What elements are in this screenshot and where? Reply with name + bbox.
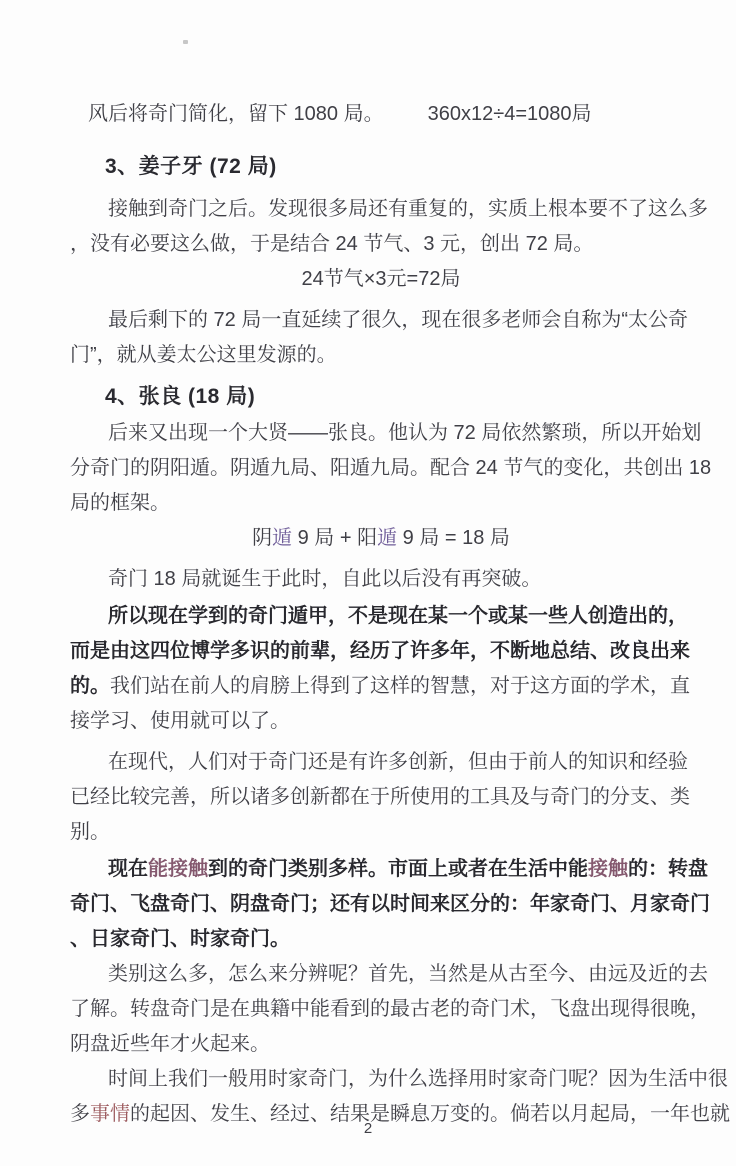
section-heading: 3、姜子牙 (72 局) <box>70 149 692 184</box>
text-line: 、日家奇门、时家奇门。 <box>70 922 692 957</box>
text-line: 类别这么多，怎么来分辨呢？首先，当然是从古至今、由远及近的去 <box>70 957 692 992</box>
paragraph: 现在能接触到的奇门类别多样。市面上或者在生活中能接触的：转盘奇门、飞盘奇门、阴盘… <box>70 852 692 957</box>
document-body: 风后将奇门简化，留下 1080 局。360x12÷4=1080局3、姜子牙 (7… <box>70 97 692 1132</box>
text-segment: 在现代，人们对于奇门还是有许多创新，但由于前人的知识和经验 <box>108 751 688 773</box>
text-line: 局的框架。 <box>70 486 692 521</box>
text-line: 所以现在学到的奇门遁甲，不是现在某一个或某一些人创造出的， <box>70 599 692 634</box>
page-number: 2 <box>0 1120 736 1137</box>
paragraph: 接触到奇门之后。发现很多局还有重复的，实质上根本要不了这么多，没有必要这么做，于… <box>70 192 692 262</box>
text-line: 后来又出现一个大贤——张良。他认为 72 局依然繁琐，所以开始划 <box>70 416 692 451</box>
text-line: 门”，就从姜太公这里发源的。 <box>70 338 692 373</box>
text-segment: 接学习、使用就可以了。 <box>70 710 290 732</box>
formula-line: 阴遁 9 局 + 阳遁 9 局 = 18 局 <box>70 521 692 556</box>
text-line: ，没有必要这么做，于是结合 24 节气、3 元，创出 72 局。 <box>70 227 692 262</box>
text-line: 在现代，人们对于奇门还是有许多创新，但由于前人的知识和经验 <box>70 745 692 780</box>
text-line: 的。我们站在前人的肩膀上得到了这样的智慧，对于这方面的学术，直 <box>70 669 692 704</box>
text-segment: 所以现在学到的奇门遁甲，不是现在某一个或某一些人创造出的， <box>108 605 688 627</box>
text-segment: 时间上我们一般用时家奇门，为什么选择用时家奇门呢？因为生活中很 <box>108 1068 728 1090</box>
text-segment: 别。 <box>70 821 110 843</box>
text-segment: 后来又出现一个大贤——张良。他认为 72 局依然繁琐，所以开始划 <box>108 422 701 444</box>
text-segment: 最后剩下的 72 局一直延续了很久，现在很多老师会自称为“太公奇 <box>108 309 688 331</box>
text-segment: 24节气×3元=72局 <box>302 268 461 290</box>
text-line: 接触到奇门之后。发现很多局还有重复的，实质上根本要不了这么多 <box>70 192 692 227</box>
text-line: 24节气×3元=72局 <box>70 262 692 297</box>
text-line: 阴盘近些年才火起来。 <box>70 1027 692 1062</box>
paragraph: 奇门 18 局就诞生于此时，自此以后没有再突破。 <box>70 562 692 597</box>
text-line: 3、姜子牙 (72 局) <box>105 149 692 184</box>
text-segment: 能接触 <box>148 858 208 880</box>
text-line: 别。 <box>70 815 692 850</box>
text-segment: 类别这么多，怎么来分辨呢？首先，当然是从古至今、由远及近的去 <box>108 963 708 985</box>
text-segment: 阴 <box>252 527 272 549</box>
text-segment: 已经比较完善，所以诸多创新都在于所使用的工具及与奇门的分支、类 <box>70 786 690 808</box>
text-segment: 3、姜子牙 (72 局) <box>105 155 277 178</box>
text-segment: ，没有必要这么做，于是结合 24 节气、3 元，创出 72 局。 <box>70 233 593 255</box>
text-segment: 分奇门的阴阳遁。阴遁九局、阳遁九局。配合 24 节气的变化，共创出 18 <box>70 457 711 479</box>
text-line: 了解。转盘奇门是在典籍中能看到的最古老的奇门术，飞盘出现得很晚， <box>70 992 692 1027</box>
text-line: 奇门、飞盘奇门、阴盘奇门；还有以时间来区分的：年家奇门、月家奇门 <box>70 887 692 922</box>
text-line: 风后将奇门简化，留下 1080 局。360x12÷4=1080局 <box>70 97 692 132</box>
text-line: 现在能接触到的奇门类别多样。市面上或者在生活中能接触的：转盘 <box>70 852 692 887</box>
text-segment: 遁 <box>272 527 292 549</box>
text-segment: 、日家奇门、时家奇门。 <box>70 928 290 950</box>
text-line: 奇门 18 局就诞生于此时，自此以后没有再突破。 <box>70 562 692 597</box>
text-segment: 接触到奇门之后。发现很多局还有重复的，实质上根本要不了这么多 <box>108 198 708 220</box>
text-line: 4、张良 (18 局) <box>105 379 692 414</box>
text-line: 阴遁 9 局 + 阳遁 9 局 = 18 局 <box>70 521 692 556</box>
text-line: 已经比较完善，所以诸多创新都在于所使用的工具及与奇门的分支、类 <box>70 780 692 815</box>
text-line: 接学习、使用就可以了。 <box>70 704 692 739</box>
text-segment: 现在 <box>108 858 148 880</box>
text-segment: 4、张良 (18 局) <box>105 385 255 408</box>
text-segment: 9 局 + 阳 <box>292 527 377 549</box>
paragraph: 最后剩下的 72 局一直延续了很久，现在很多老师会自称为“太公奇门”，就从姜太公… <box>70 303 692 373</box>
scan-speck <box>183 40 188 44</box>
paragraph: 后来又出现一个大贤——张良。他认为 72 局依然繁琐，所以开始划分奇门的阴阳遁。… <box>70 416 692 521</box>
text-segment: 我们站在前人的肩膀上得到了这样的智慧，对于这方面的学术，直 <box>110 675 690 697</box>
text-segment: 奇门 18 局就诞生于此时，自此以后没有再突破。 <box>108 568 541 590</box>
text-line: 时间上我们一般用时家奇门，为什么选择用时家奇门呢？因为生活中很 <box>70 1062 692 1097</box>
section-heading: 4、张良 (18 局) <box>70 379 692 414</box>
text-segment: 而是由这四位博学多识的前辈，经历了许多年，不断地总结、改良出来 <box>70 640 690 662</box>
text-segment: 接触 <box>588 858 628 880</box>
text-segment: 奇门、飞盘奇门、阴盘奇门；还有以时间来区分的：年家奇门、月家奇门 <box>70 893 710 915</box>
text-line: 分奇门的阴阳遁。阴遁九局、阳遁九局。配合 24 节气的变化，共创出 18 <box>70 451 692 486</box>
text-segment: 360x12÷4=1080局 <box>428 103 592 125</box>
document-page: 风后将奇门简化，留下 1080 局。360x12÷4=1080局3、姜子牙 (7… <box>0 0 736 1166</box>
text-segment: 到的奇门类别多样。市面上或者在生活中能 <box>208 858 588 880</box>
text-segment: 门”，就从姜太公这里发源的。 <box>70 344 337 366</box>
text-segment: 了解。转盘奇门是在典籍中能看到的最古老的奇门术，飞盘出现得很晚， <box>70 998 710 1020</box>
paragraph: 类别这么多，怎么来分辨呢？首先，当然是从古至今、由远及近的去了解。转盘奇门是在典… <box>70 957 692 1062</box>
text-segment: 局的框架。 <box>70 492 170 514</box>
text-line: 而是由这四位博学多识的前辈，经历了许多年，不断地总结、改良出来 <box>70 634 692 669</box>
text-segment: 阴盘近些年才火起来。 <box>70 1033 270 1055</box>
text-segment: 遁 <box>377 527 397 549</box>
text-segment: 的：转盘 <box>628 858 708 880</box>
paragraph: 在现代，人们对于奇门还是有许多创新，但由于前人的知识和经验已经比较完善，所以诸多… <box>70 745 692 850</box>
text-segment: 9 局 = 18 局 <box>397 527 510 549</box>
formula-line: 24节气×3元=72局 <box>70 262 692 297</box>
paragraph: 风后将奇门简化，留下 1080 局。360x12÷4=1080局 <box>70 97 692 132</box>
text-segment: 风后将奇门简化，留下 1080 局。 <box>88 103 384 125</box>
text-segment: 的。 <box>70 675 110 697</box>
text-line: 最后剩下的 72 局一直延续了很久，现在很多老师会自称为“太公奇 <box>70 303 692 338</box>
paragraph: 所以现在学到的奇门遁甲，不是现在某一个或某一些人创造出的，而是由这四位博学多识的… <box>70 599 692 739</box>
